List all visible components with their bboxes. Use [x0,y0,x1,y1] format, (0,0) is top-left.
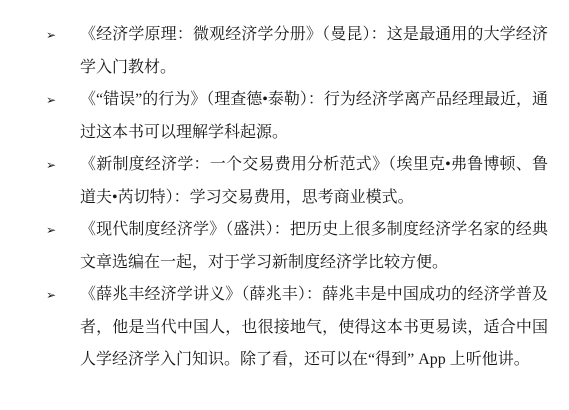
list-item: ➢ 《薛兆丰经济学讲义》（薛兆丰）：薛兆丰是中国成功的经济学普及者，他是当代中国… [0,279,569,377]
list-item: ➢ 《现代制度经济学》（盛洪）：把历史上很多制度经济学名家的经典文章选编在一起，… [0,214,569,279]
arrow-bullet-icon: ➢ [46,84,66,117]
arrow-bullet-icon: ➢ [46,19,66,52]
list-item: ➢ 《经济学原理：微观经济学分册》（曼昆）：这是最通用的大学经济学入门教材。 [0,19,569,84]
document-page: ➢ 《经济学原理：微观经济学分册》（曼昆）：这是最通用的大学经济学入门教材。 ➢… [0,0,569,410]
arrow-bullet-icon: ➢ [46,214,66,247]
arrow-bullet-icon: ➢ [46,279,66,312]
book-list: ➢ 《经济学原理：微观经济学分册》（曼昆）：这是最通用的大学经济学入门教材。 ➢… [0,0,569,377]
list-item: ➢ 《新制度经济学：一个交易费用分析范式》（埃里克•弗鲁博顿、鲁道夫•芮切特）：… [0,149,569,214]
book-entry-text: 《新制度经济学：一个交易费用分析范式》（埃里克•弗鲁博顿、鲁道夫•芮切特）：学习… [80,149,548,214]
arrow-bullet-icon: ➢ [46,149,66,182]
list-item: ➢ 《“错误”的行为》（理查德•泰勒）：行为经济学离产品经理最近，通过这本书可以… [0,84,569,149]
book-entry-text: 《“错误”的行为》（理查德•泰勒）：行为经济学离产品经理最近，通过这本书可以理解… [80,84,548,149]
book-entry-text: 《薛兆丰经济学讲义》（薛兆丰）：薛兆丰是中国成功的经济学普及者，他是当代中国人，… [80,279,548,377]
book-entry-text: 《经济学原理：微观经济学分册》（曼昆）：这是最通用的大学经济学入门教材。 [80,19,548,84]
book-entry-text: 《现代制度经济学》（盛洪）：把历史上很多制度经济学名家的经典文章选编在一起，对于… [80,214,548,279]
